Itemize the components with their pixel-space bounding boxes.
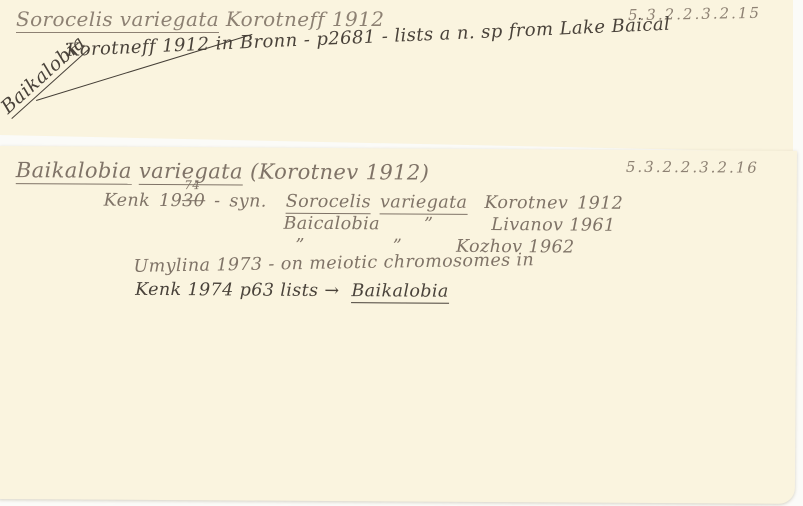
chromosome-note: Umylina 1973 - on meiotic chromosomes in — [133, 250, 534, 277]
index-card-top: Sorocelis variegata Korotneff 1912 5.3.2… — [0, 0, 793, 156]
synonymy-prefix: Kenk 19 — [104, 191, 183, 211]
catalog-number-bottom: 5.3.2.2.3.2.16 — [626, 158, 759, 177]
synonymy-line: Kenk 193074 - syn. Sorocelis variegata K… — [104, 191, 624, 214]
index-card-bottom: Baikalobia variegata (Korotnev 1912) 5.3… — [0, 146, 797, 504]
synonym-species: variegata — [380, 192, 467, 215]
scanned-index-cards: { "colors": { "card_paper": "#faf4df", "… — [0, 0, 803, 506]
card-top-title-line: Sorocelis variegata Korotneff 1912 — [16, 7, 384, 31]
row-author: Livanov 1961 — [491, 215, 615, 236]
ditto-mark: ” — [295, 236, 304, 256]
row-genus: Baicalobia — [283, 214, 380, 235]
synonym-author: Korotnev 1912 — [484, 193, 623, 214]
struck-year: 3074 — [182, 191, 205, 211]
heading-genus: Baikalobia — [16, 158, 132, 185]
margin-annotation: Baikalobia — [0, 31, 90, 119]
ditto-mark: ” — [424, 215, 433, 235]
card-bottom-heading: Baikalobia variegata (Korotnev 1912) — [16, 158, 430, 185]
corrected-year: 74 — [184, 178, 200, 192]
kenk-note-prefix: Kenk 1974 p63 lists → — [135, 280, 339, 301]
kenk-note-target: Baikalobia — [351, 281, 448, 304]
species-name: Sorocelis variegata — [16, 7, 219, 33]
synonymy-mid: - syn. — [214, 191, 267, 211]
heading-author: (Korotnev 1912) — [250, 160, 429, 185]
synonym-genus: Sorocelis — [286, 192, 371, 215]
synonym-row: Baicalobia ” Livanov 1961 — [283, 214, 615, 236]
kenk-listing-note: Kenk 1974 p63 lists → Baikalobia — [135, 280, 449, 302]
